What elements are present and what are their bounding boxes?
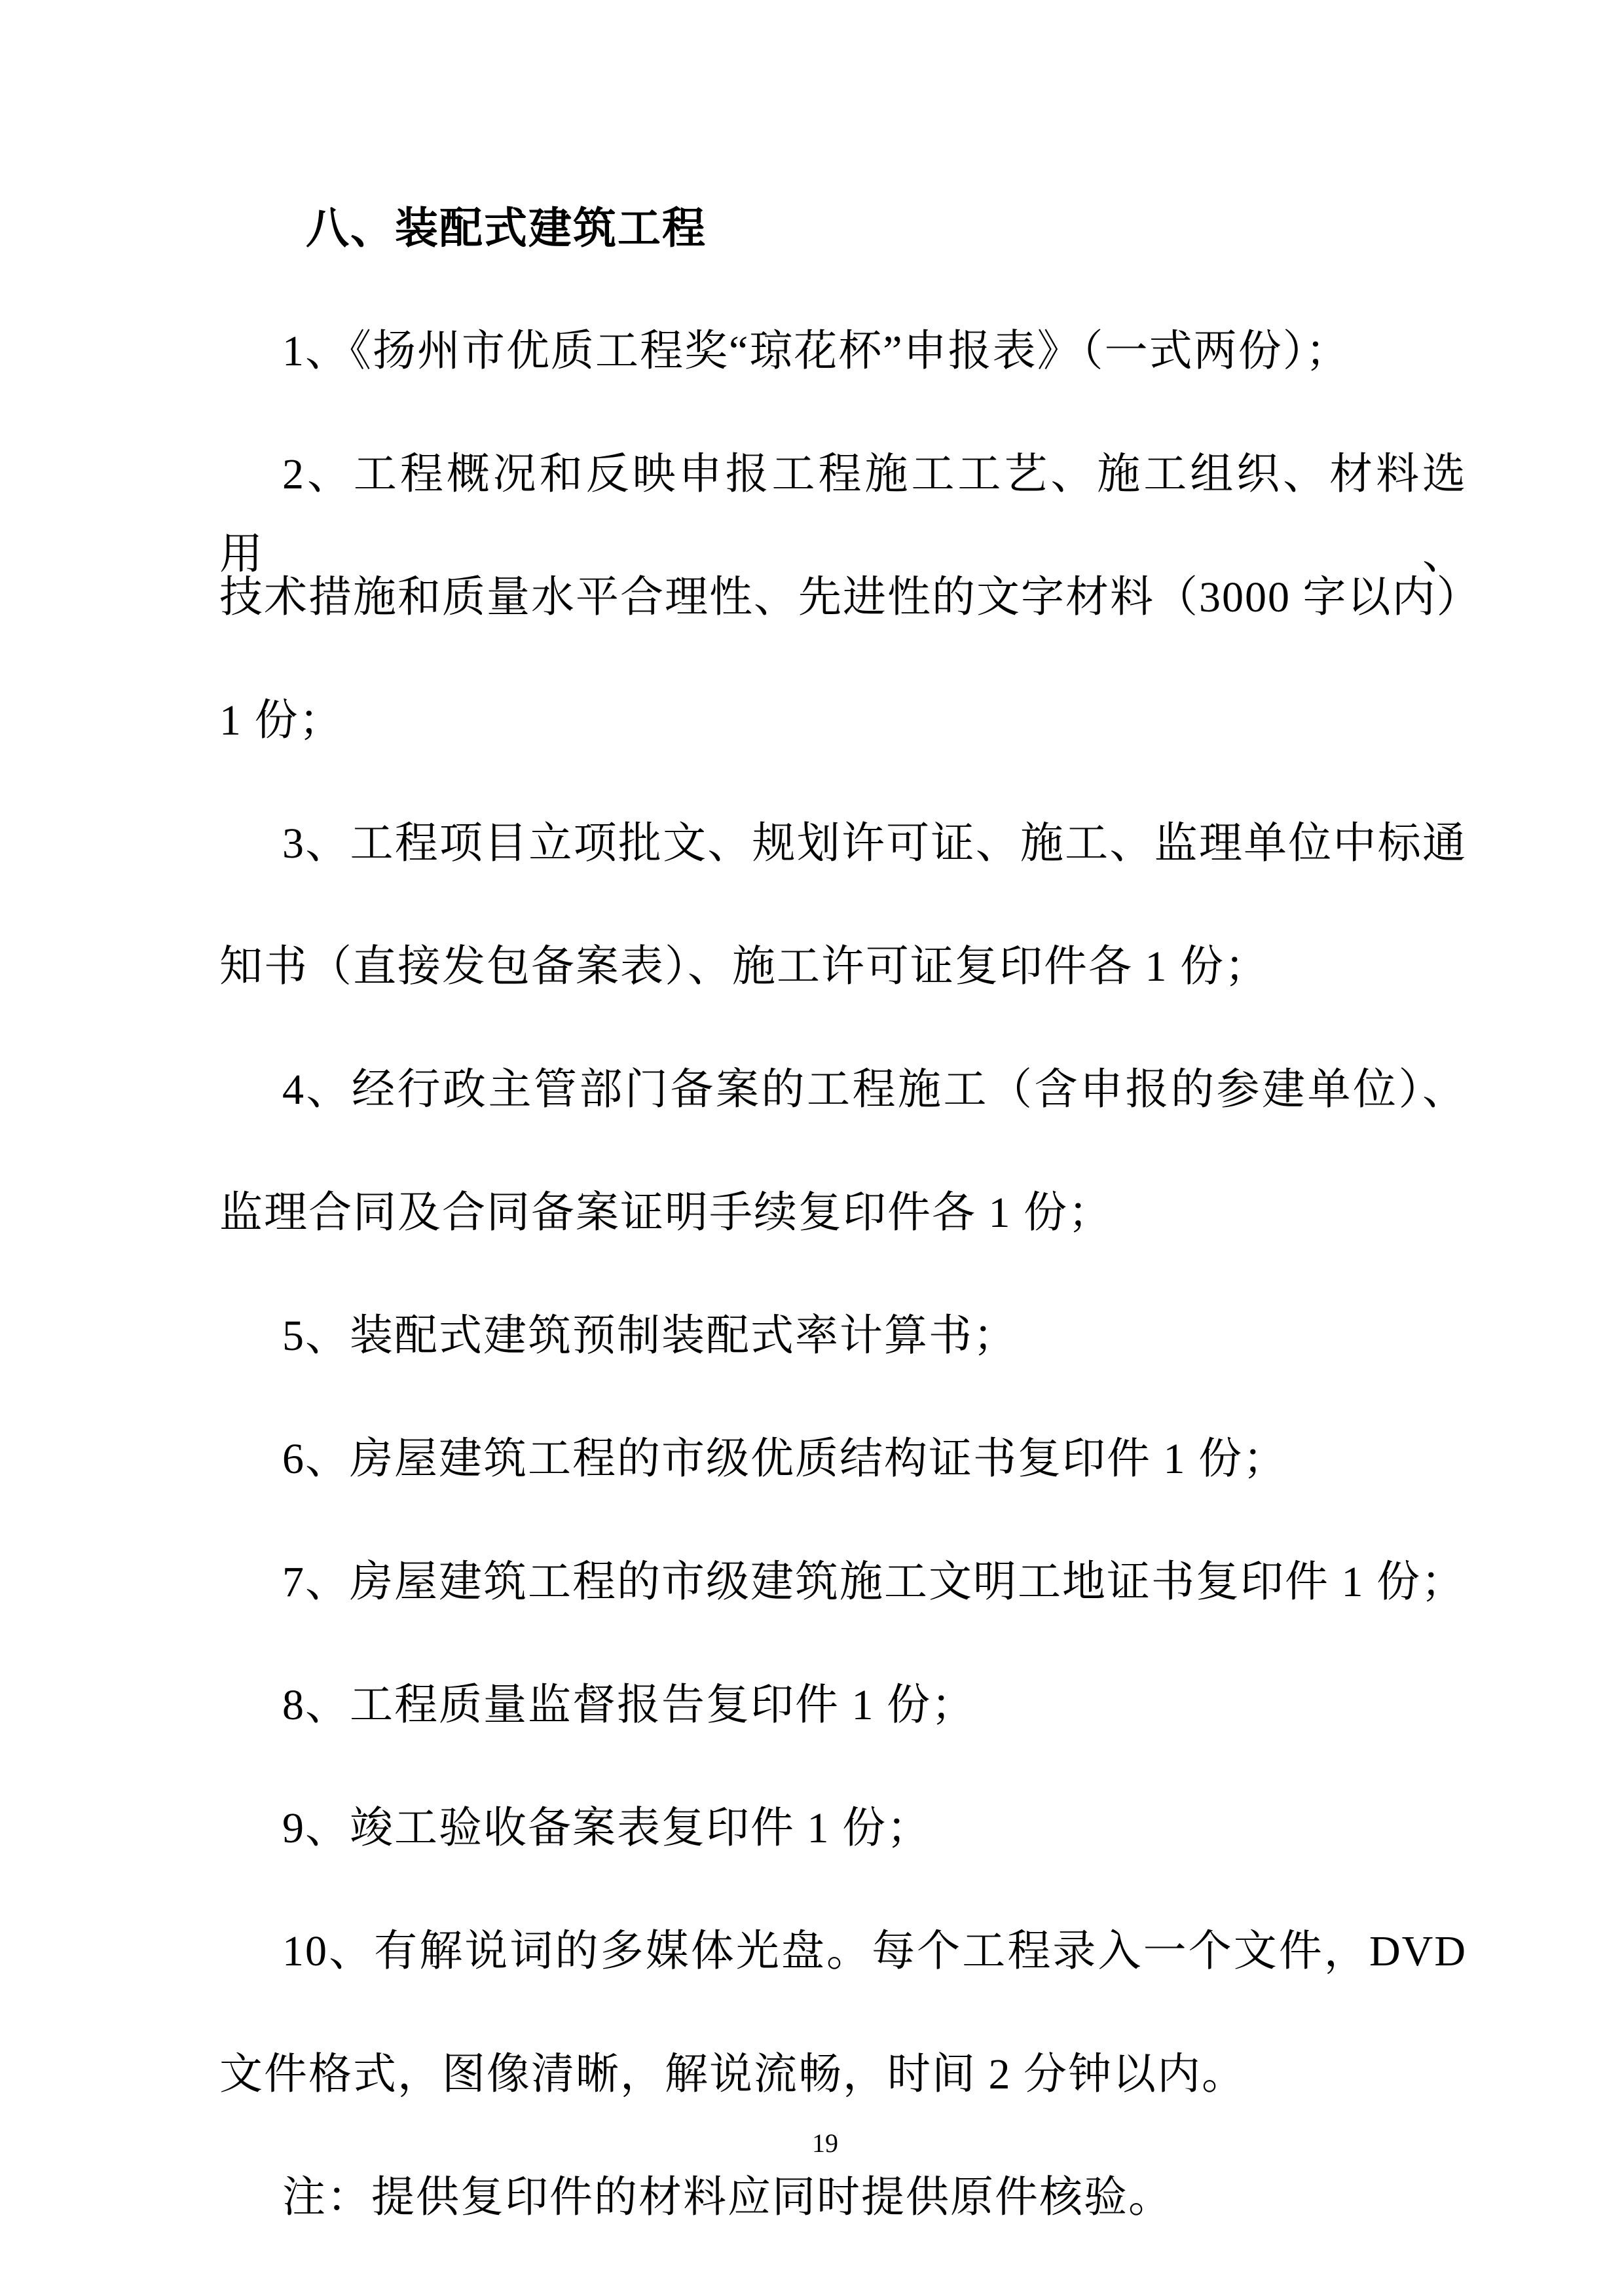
text-line: 9、竣工验收备案表复印件 1 份； xyxy=(219,1789,1467,1868)
list-item-3: 3、工程项目立项批文、规划许可证、施工、监理单位中标通 知书（直接发包备案表）、… xyxy=(219,804,1467,1007)
list-item-5: 5、装配式建筑预制装配式率计算书； xyxy=(219,1296,1467,1376)
text-line: 7、房屋建筑工程的市级建筑施工文明工地证书复印件 1 份； xyxy=(219,1542,1467,1622)
text-line: 10、有解说词的多媒体光盘。每个工程录入一个文件，DVD xyxy=(219,1912,1467,1992)
note-paragraph: 注：提供复印件的材料应同时提供原件核验。 xyxy=(219,2158,1467,2238)
text-line: 技术措施和质量水平合理性、先进性的文字材料（3000 字以内） xyxy=(219,558,1467,638)
list-item-2: 2、工程概况和反映申报工程施工工艺、施工组织、材料选用、 技术措施和质量水平合理… xyxy=(219,435,1467,761)
text-line: 知书（直接发包备案表）、施工许可证复印件各 1 份； xyxy=(219,927,1467,1007)
text-line: 8、工程质量监督报告复印件 1 份； xyxy=(219,1666,1467,1745)
text-line: 注：提供复印件的材料应同时提供原件核验。 xyxy=(219,2158,1467,2238)
text-line: 文件格式，图像清晰，解说流畅，时间 2 分钟以内。 xyxy=(219,2035,1467,2115)
section-heading: 八、装配式建筑工程 xyxy=(219,189,1467,268)
list-item-9: 9、竣工验收备案表复印件 1 份； xyxy=(219,1789,1467,1868)
text-line: 1、《扬州市优质工程奖“琼花杯”申报表》（一式两份）； xyxy=(219,312,1467,392)
text-line: 监理合同及合同备案证明手续复印件各 1 份； xyxy=(219,1173,1467,1253)
text-line: 5、装配式建筑预制装配式率计算书； xyxy=(219,1296,1467,1376)
list-item-7: 7、房屋建筑工程的市级建筑施工文明工地证书复印件 1 份； xyxy=(219,1542,1467,1622)
list-item-1: 1、《扬州市优质工程奖“琼花杯”申报表》（一式两份）； xyxy=(219,312,1467,392)
list-item-4: 4、经行政主管部门备案的工程施工（含申报的参建单位）、 监理合同及合同备案证明手… xyxy=(219,1050,1467,1253)
page-number: 19 xyxy=(13,2129,1624,2158)
text-line: 6、房屋建筑工程的市级优质结构证书复印件 1 份； xyxy=(219,1419,1467,1499)
text-line: 2、工程概况和反映申报工程施工工艺、施工组织、材料选用、 xyxy=(219,435,1467,515)
document-body: 八、装配式建筑工程 1、《扬州市优质工程奖“琼花杯”申报表》（一式两份）； 2、… xyxy=(219,189,1467,2281)
text-line: 3、工程项目立项批文、规划许可证、施工、监理单位中标通 xyxy=(219,804,1467,884)
document-page: 八、装配式建筑工程 1、《扬州市优质工程奖“琼花杯”申报表》（一式两份）； 2、… xyxy=(0,0,1624,2296)
list-item-6: 6、房屋建筑工程的市级优质结构证书复印件 1 份； xyxy=(219,1419,1467,1499)
text-line: 1 份； xyxy=(219,681,1467,761)
text-line: 4、经行政主管部门备案的工程施工（含申报的参建单位）、 xyxy=(219,1050,1467,1130)
list-item-10: 10、有解说词的多媒体光盘。每个工程录入一个文件，DVD 文件格式，图像清晰，解… xyxy=(219,1912,1467,2115)
list-item-8: 8、工程质量监督报告复印件 1 份； xyxy=(219,1666,1467,1745)
